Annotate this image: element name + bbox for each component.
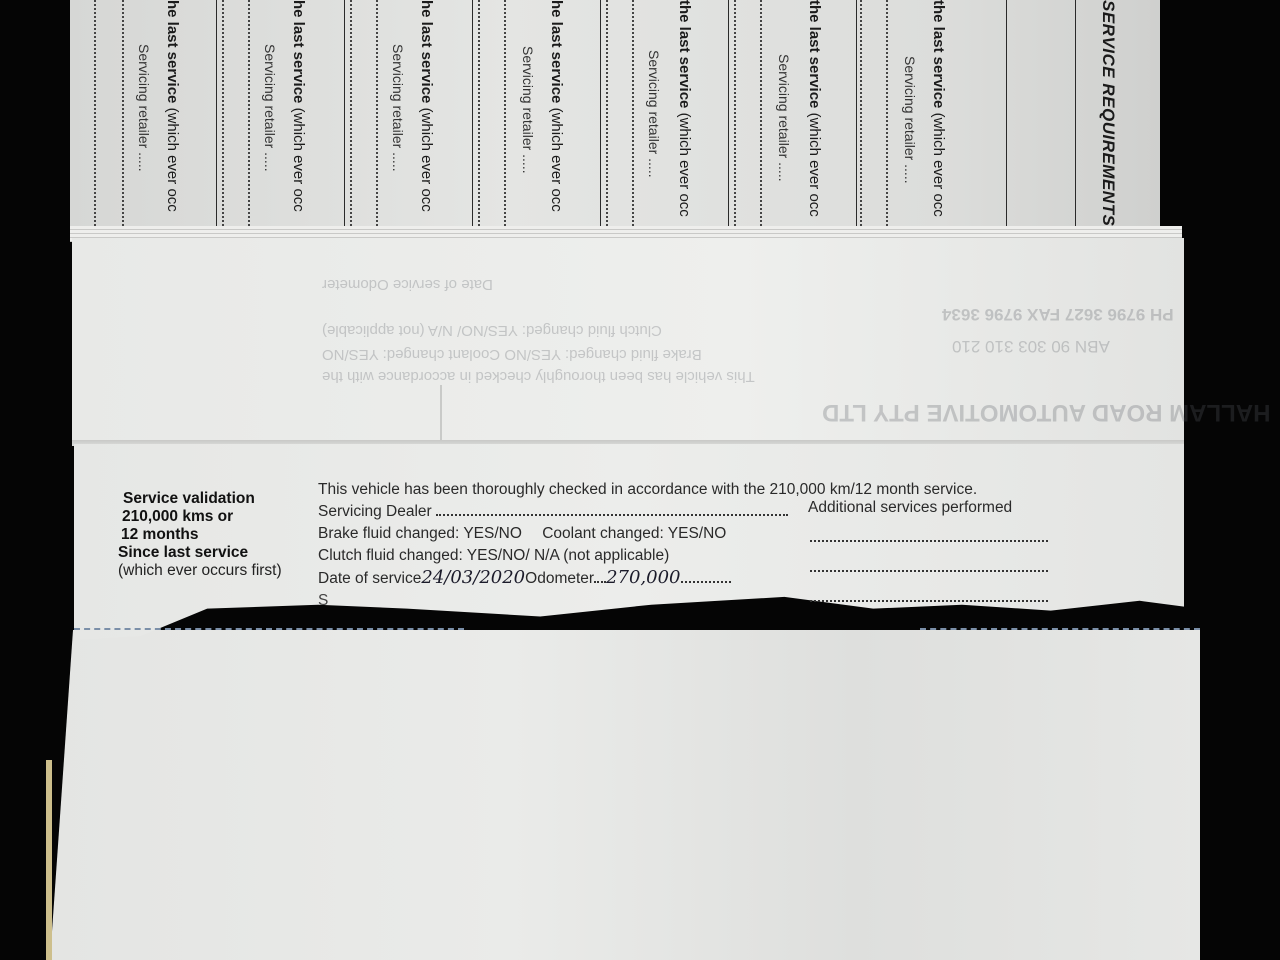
service-column: Servicing retailer ..... the last servic… xyxy=(856,0,1007,232)
coolant-field[interactable]: Coolant changed: YES/NO xyxy=(542,525,726,542)
service-column: Servicing retailer ..... he last service… xyxy=(88,0,217,232)
service-log-columns: Servicing retailer ..... he last service… xyxy=(70,0,1160,240)
servicing-dealer-field[interactable] xyxy=(436,502,788,516)
service-column: Servicing retailer ..... the last servic… xyxy=(600,0,729,232)
service-requirements-title: SERVICE REQUIREMENTS xyxy=(1098,0,1118,226)
paper-tear xyxy=(440,385,458,445)
service-validation-label: Service validation 210,000 kms or 12 mon… xyxy=(118,490,308,580)
service-column: Servicing retailer ..... the last servic… xyxy=(728,0,857,232)
date-label: Date of service xyxy=(318,570,421,587)
date-value[interactable]: 24/03/2020 xyxy=(421,567,525,588)
perforation-line xyxy=(74,628,464,630)
service-column: Servicing retailer ..... he last service… xyxy=(216,0,345,232)
intro-text: This vehicle has been thoroughly checked… xyxy=(318,479,977,501)
brake-fluid-field[interactable]: Brake fluid changed: YES/NO xyxy=(318,525,522,542)
additional-services-label: Additional services performed xyxy=(808,499,1012,517)
additional-services-line[interactable] xyxy=(810,540,1048,542)
dealer-stamp-ghost: HALLAM ROAD AUTOMOTIVE PTY LTD xyxy=(822,398,1270,426)
bleed-through-flap: HALLAM ROAD AUTOMOTIVE PTY LTD ABN 90 30… xyxy=(72,238,1184,444)
additional-services-line[interactable] xyxy=(810,570,1048,572)
perforation-line xyxy=(920,628,1200,630)
service-column: Servicing retailer ..... he last service… xyxy=(344,0,473,232)
blank-lower-page xyxy=(50,630,1200,960)
service-column: Servicing retailer ..... he last service… xyxy=(472,0,601,232)
torn-label: S xyxy=(318,592,328,609)
odometer-value[interactable]: 270,000 xyxy=(606,567,680,588)
clutch-fluid-field[interactable]: Clutch fluid changed: YES/NO/ N/A (not a… xyxy=(318,545,977,567)
additional-services-line[interactable] xyxy=(810,600,1048,602)
odometer-label: Odometer xyxy=(525,570,594,587)
servicing-dealer-label: Servicing Dealer xyxy=(318,503,432,520)
